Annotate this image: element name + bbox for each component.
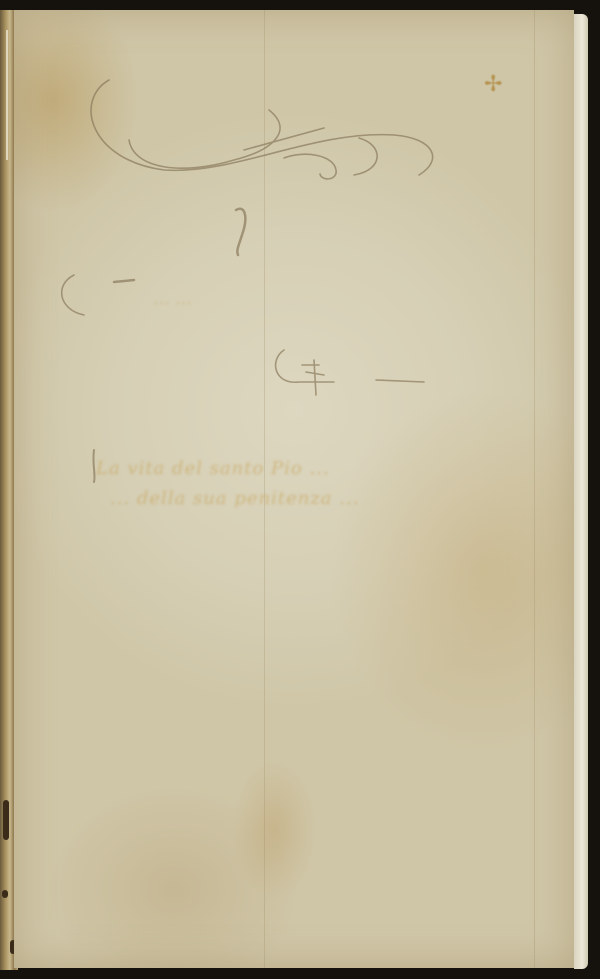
faded-inscription-line-1: La vita del santo Pio ... <box>96 458 330 479</box>
faded-inscription-small: ... ... <box>154 292 192 308</box>
faded-inscription-line-2: ... della sua penitenza ... <box>110 488 359 509</box>
stain-mark: ✢ <box>484 72 502 97</box>
gutter-tear <box>3 800 9 840</box>
gutter-highlight <box>6 30 8 160</box>
photo-frame: ✢ ... ... La vita del santo Pio ... ... … <box>0 0 600 979</box>
gutter-tear <box>2 890 8 898</box>
parchment-page: ✢ ... ... La vita del santo Pio ... ... … <box>14 10 574 968</box>
page-fore-edge <box>574 14 588 969</box>
